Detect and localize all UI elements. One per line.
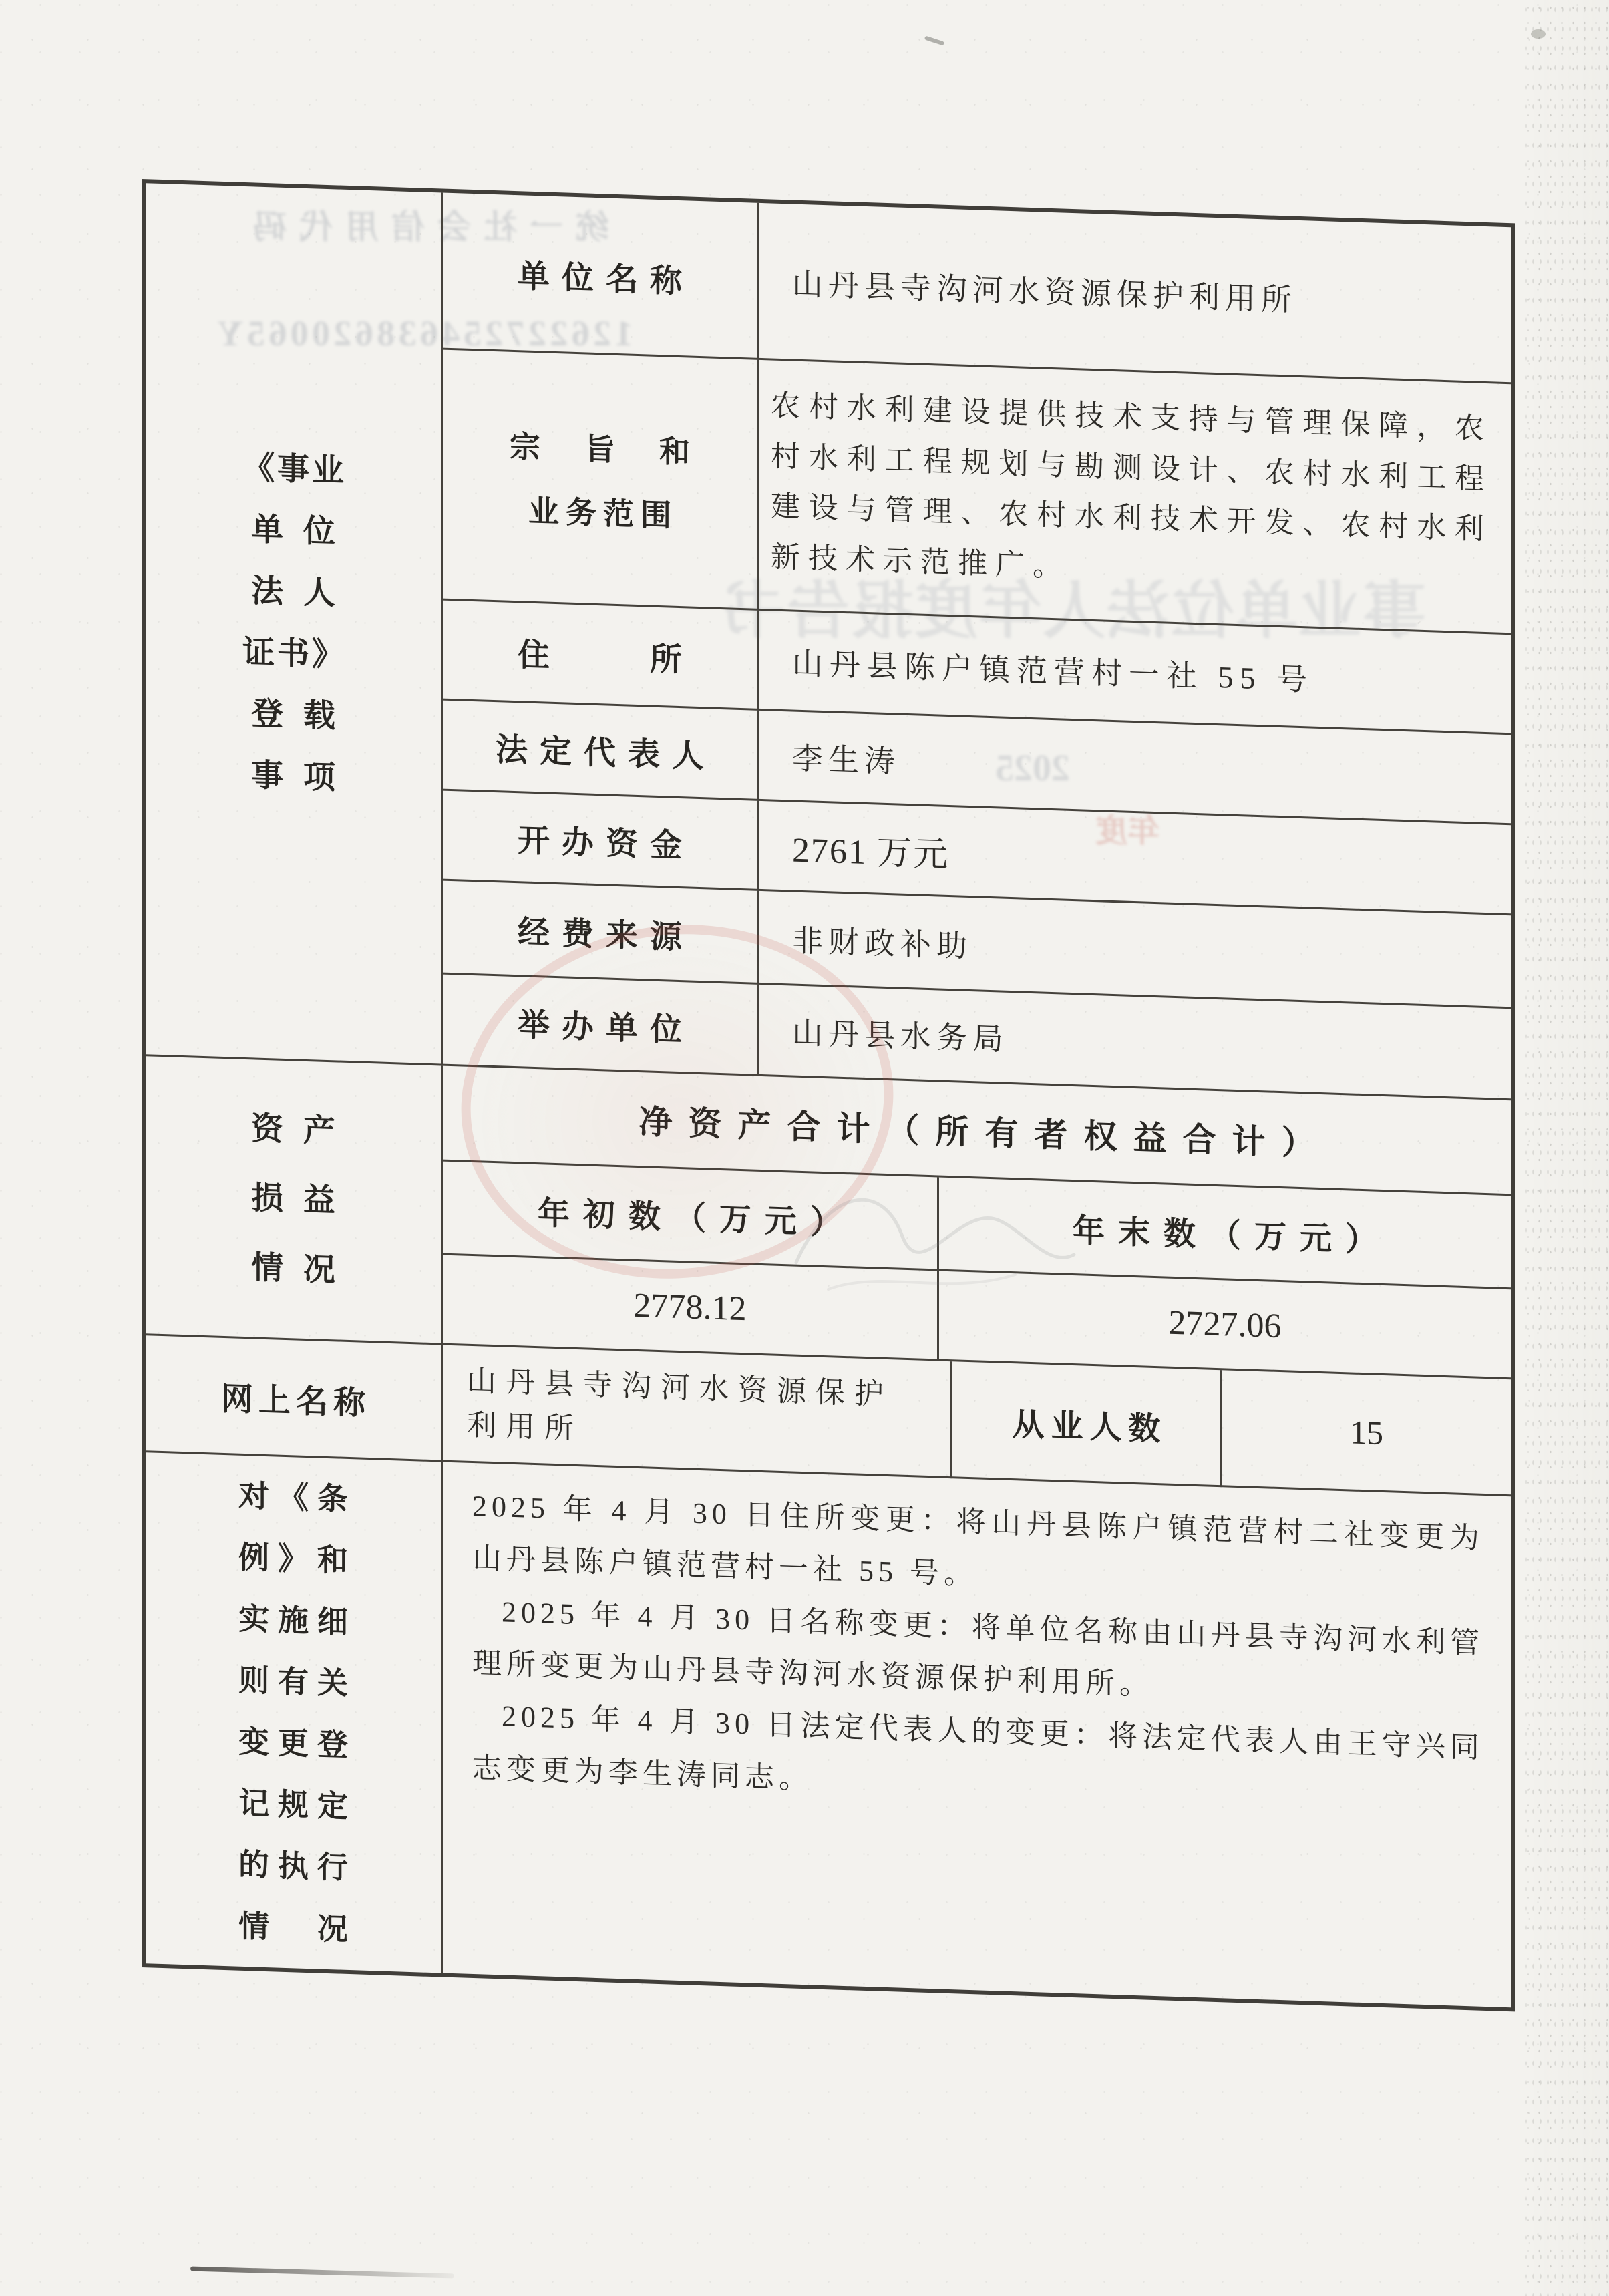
header-line: 情 况	[146, 1908, 441, 1948]
changes-content: 2025 年 4 月 30 日住所变更：将山丹县陈户镇范营村二社变更为山丹县陈户…	[443, 1462, 1511, 2008]
end-year-label: 年末数（万元）	[939, 1178, 1511, 1290]
scanned-document-page: 统一社会信用代码 126227254638620065Y 事业单位法人年度报告书…	[0, 0, 1609, 2296]
changes-section: 对《条 例》和 实施细 则有关 变更登 记规定 的执行 情 况 2025 年 4…	[146, 1452, 1511, 2007]
header-line: 登载	[146, 695, 441, 736]
certificate-section: 《事业 单位 法人 证书》 登载 事项 单位名称 山丹县寺沟河水资源保护利用所 …	[146, 183, 1511, 1100]
funding-source-label: 经费来源	[443, 881, 759, 985]
funding-source-label-text: 经费来源	[506, 906, 694, 958]
purpose-label-line1: 宗 旨 和	[443, 420, 757, 474]
header-line: 证书》	[146, 633, 441, 675]
unit-name-label: 单位名称	[443, 193, 759, 360]
bottom-pen-stroke	[190, 2266, 454, 2278]
header-line: 变更登	[146, 1724, 441, 1764]
address-label-text: 住 所	[506, 629, 694, 681]
purpose-scope-value: 农村水利建设提供技术支持与管理保障，农村水利工程规划与勘测设计、农村水利工程建设…	[759, 360, 1511, 635]
online-name-value: 山丹县寺沟河水资源保护利用所	[443, 1345, 952, 1479]
opening-capital-label: 开办资金	[443, 791, 759, 891]
scanner-edge-noise	[1522, 0, 1609, 2296]
unit-name-value: 山丹县寺沟河水资源保护利用所	[759, 203, 1511, 384]
header-line: 单位	[146, 510, 441, 552]
header-line: 则有关	[146, 1662, 441, 1702]
organizer-label: 举办单位	[443, 975, 759, 1076]
header-line: 情况	[146, 1249, 441, 1290]
unit-name-label-text: 单位名称	[506, 249, 694, 301]
begin-year-label: 年初数（万元）	[443, 1162, 939, 1271]
changes-header: 对《条 例》和 实施细 则有关 变更登 记规定 的执行 情 况	[146, 1452, 443, 1973]
header-line: 《事业	[146, 449, 441, 490]
organizer-label-text: 举办单位	[506, 998, 694, 1050]
header-line: 实施细	[146, 1601, 441, 1641]
staff-count-label-text: 从业人数	[1005, 1398, 1167, 1449]
online-name-label: 网上名称	[146, 1335, 443, 1462]
address-label: 住 所	[443, 601, 759, 711]
certificate-items-header: 《事业 单位 法人 证书》 登载 事项	[146, 183, 443, 1065]
begin-year-value: 2778.12	[443, 1255, 939, 1361]
legal-representative-label: 法定代表人	[443, 701, 759, 801]
end-year-label-text: 年末数（万元）	[1059, 1204, 1391, 1261]
header-line: 资产	[146, 1110, 441, 1151]
net-assets-title-text: 净资产合计（所有者权益合计）	[623, 1094, 1331, 1165]
registration-table: 《事业 单位 法人 证书》 登载 事项 单位名称 山丹县寺沟河水资源保护利用所 …	[142, 179, 1515, 2011]
header-line: 对《条	[146, 1478, 441, 1518]
assets-section: 资产 损益 情况 净资产合计（所有者权益合计） 年初数（万元） 年末数（万元） …	[146, 1056, 1511, 1379]
speck-mark	[1531, 29, 1546, 39]
assets-header: 资产 损益 情况	[146, 1056, 443, 1345]
staff-count-value: 15	[1222, 1370, 1511, 1496]
header-line: 例》和	[146, 1539, 441, 1579]
begin-year-label-text: 年初数（万元）	[524, 1187, 856, 1244]
header-line: 的执行	[146, 1846, 441, 1887]
header-line: 损益	[146, 1179, 441, 1220]
online-name-label-text: 网上名称	[216, 1372, 371, 1423]
staff-count-label: 从业人数	[952, 1361, 1222, 1487]
speck-mark	[924, 36, 944, 46]
header-line: 法人	[146, 572, 441, 613]
purpose-scope-label: 宗 旨 和 业务范围	[443, 350, 759, 611]
header-line: 事项	[146, 756, 441, 798]
opening-capital-label-text: 开办资金	[506, 814, 694, 866]
header-line: 记规定	[146, 1785, 441, 1825]
legal-representative-label-text: 法定代表人	[484, 723, 716, 776]
purpose-label-line2: 业务范围	[443, 484, 757, 538]
